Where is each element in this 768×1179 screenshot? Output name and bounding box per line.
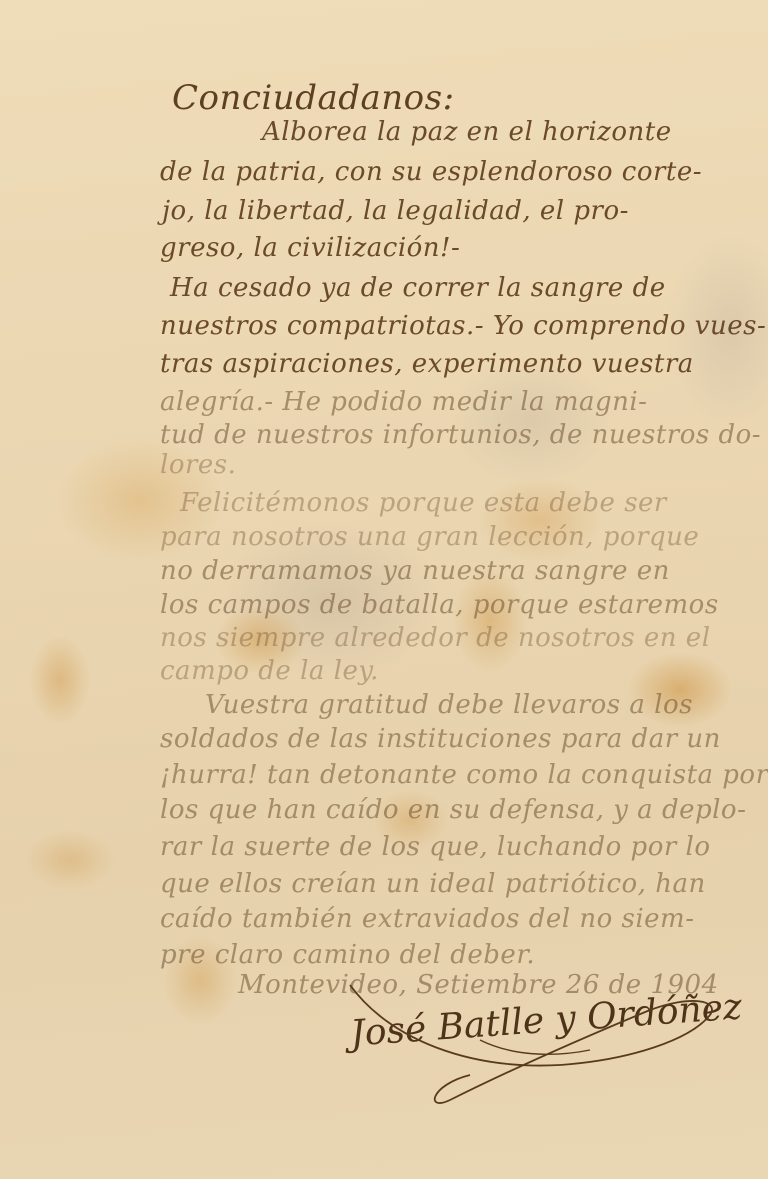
text-line-7: tras aspiraciones, experimento vuestra: [160, 349, 694, 379]
text-line-2: de la patria, con su esplendoroso corte-: [160, 157, 702, 187]
text-line-5: Ha cesado ya de correr la sangre de: [170, 273, 666, 303]
text-line-18: soldados de las instituciones para dar u…: [160, 724, 721, 754]
text-line-10: lores.: [160, 450, 236, 480]
text-line-24: pre claro camino del deber.: [160, 940, 535, 970]
text-line-11: Felicitémonos porque esta debe ser: [180, 488, 667, 518]
text-line-6: nuestros compatriotas.- Yo comprendo vue…: [160, 311, 766, 341]
text-line-17: Vuestra gratitud debe llevaros a los: [205, 690, 693, 720]
text-line-4: greso, la civilización!-: [160, 233, 460, 263]
text-line-23: caído también extraviados del no siem-: [160, 904, 695, 934]
text-line-21: rar la suerte de los que, luchando por l…: [160, 832, 711, 862]
signature-flourish-icon: [330, 980, 750, 1120]
document-page: Conciudadanos: Alborea la paz en el hori…: [0, 0, 768, 1179]
text-line-1: Alborea la paz en el horizonte: [262, 117, 672, 147]
text-line-13: no derramamos ya nuestra sangre en: [160, 556, 670, 586]
text-line-14: los campos de batalla, porque estaremos: [160, 590, 719, 620]
text-line-16: campo de la ley.: [160, 656, 379, 686]
text-line-20: los que han caído en su defensa, y a dep…: [160, 795, 746, 825]
text-line-3: jo, la libertad, la legalidad, el pro-: [162, 196, 629, 226]
text-line-8: alegría.- He podido medir la magni-: [160, 387, 647, 417]
text-line-22: que ellos creían un ideal patriótico, ha…: [160, 869, 706, 899]
text-line-9: tud de nuestros infortunios, de nuestros…: [160, 420, 761, 450]
text-line-15: nos siempre alrededor de nosotros en el: [160, 623, 711, 653]
text-line-12: para nosotros una gran lección, porque: [160, 522, 699, 552]
salutation: Conciudadanos:: [172, 78, 455, 118]
text-line-19: ¡hurra! tan detonante como la conquista …: [160, 760, 768, 790]
